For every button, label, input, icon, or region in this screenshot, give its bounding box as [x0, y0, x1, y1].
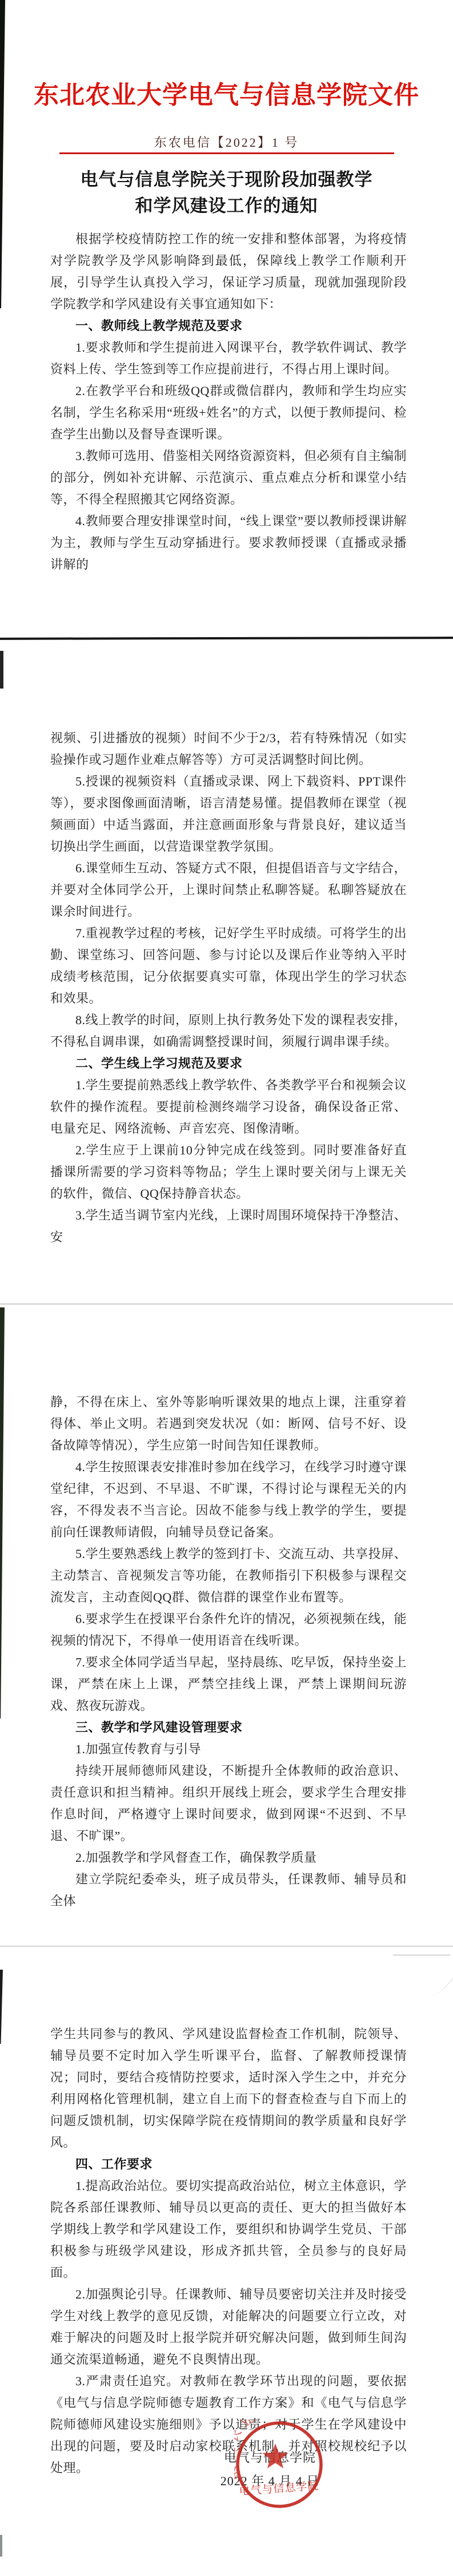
paragraph: 2.在教学平台和班级QQ群或微信群内，教师和学生均应实名制，学生名称采用“班级+… — [50, 380, 407, 445]
paragraph: 2.学生应于上课前10分钟完成在线签到。同时要准备好直播课所需要的学习资料等物品… — [50, 1140, 407, 1205]
paragraph: 7.重视教学过程的考核，记好学生平时成绩。可将学生的出勤、课堂练习、回答问题、参… — [50, 923, 407, 1009]
paragraph: 6.要求学生在授课平台条件允许的情况，必须视频在线，能视频的情况下，不得单一使用… — [50, 1608, 407, 1652]
paragraph: 3.学生适当调节室内光线，上课时周围环境保持干净整洁、安 — [50, 1205, 407, 1248]
doc-number: 东农电信【2022】1 号 — [0, 133, 453, 151]
document-page-2: 视频、引进播放的视频）时间不少于2/3，若有特殊情况（如实验操作或习题作业难点解… — [0, 641, 453, 1303]
paragraph: 7.要求全体同学适当早起，坚持晨练、吃早饭，保持坐姿上课，严禁在床上上课，严禁空… — [50, 1652, 407, 1717]
red-separator-line — [59, 152, 394, 154]
paragraph-continuation: 视频、引进播放的视频）时间不少于2/3，若有特殊情况（如实验操作或习题作业难点解… — [50, 727, 407, 771]
document-page-1: 东北农业大学电气与信息学院文件 东农电信【2022】1 号 电气与信息学院关于现… — [0, 0, 453, 638]
official-seal-stamp-icon: 东北农业大学 电气与信息学院 — [234, 2420, 324, 2510]
paragraph: 3.教师可选用、借鉴相关网络资源资料，但必须有自主编制的部分，例如补充讲解、示范… — [50, 445, 407, 510]
section-heading-4: 四、工作要求 — [50, 2154, 407, 2175]
document-banner: 东北农业大学电气与信息学院文件 — [0, 74, 453, 111]
svg-text:东北农业大学: 东北农业大学 — [234, 2420, 298, 2484]
paragraph-continuation: 学生共同参与的教风、学风建设监督检查工作机制，院领导、辅导员要不定时加入学生听课… — [50, 2023, 407, 2154]
document-title-line1: 电气与信息学院关于现阶段加强教学 — [0, 167, 453, 193]
page2-body: 视频、引进播放的视频）时间不少于2/3，若有特殊情况（如实验操作或习题作业难点解… — [50, 727, 407, 1248]
page4-body: 学生共同参与的教风、学风建设监督检查工作机制，院领导、辅导员要不定时加入学生听课… — [50, 2023, 407, 2479]
stamp-arc-text: 东北农业大学 — [234, 2420, 298, 2484]
paragraph: 1.提高政治站位。要切实提高政治站位，树立主体意识，学院各系部任课教师、辅导员以… — [50, 2175, 407, 2284]
subsection-heading: 1.加强宣传教育与引导 — [50, 1738, 407, 1760]
subsection-heading: 2.加强教学和学风督查工作，确保教学质量 — [50, 1847, 407, 1869]
paragraph: 5.学生要熟悉线上教学的签到打卡、交流互动、共享投屏、主动禁言、音视频发言等功能… — [50, 1543, 407, 1608]
section-heading-2: 二、学生线上学习规范及要求 — [50, 1053, 407, 1074]
document-title-line2: 和学风建设工作的通知 — [0, 193, 453, 219]
page1-body: 根据学校疫情防控工作的统一安排和整体部署，为将疫情对学院教学及学风影响降到最低，… — [50, 228, 407, 575]
paragraph: 4.学生按照课表安排准时参加在线学习，在线学习时遵守课堂纪律，不迟到、不早退、不… — [50, 1456, 407, 1543]
paragraph: 1.学生要提前熟悉线上教学软件、各类教学平台和视频会议软件的操作流程。要提前检测… — [50, 1074, 407, 1140]
stamp-star-icon — [262, 2444, 288, 2468]
section-heading-3: 三、教学和学风建设管理要求 — [50, 1717, 407, 1738]
paragraph: 建立学院纪委牵头，班子成员带头，任课教师、辅导员和全体 — [50, 1869, 407, 1912]
paragraph: 持续开展师德师风建设，不断提升全体教师的政治意识、责任意识和担当精神。组织开展线… — [50, 1760, 407, 1847]
scanned-document: 东北农业大学电气与信息学院文件 东农电信【2022】1 号 电气与信息学院关于现… — [0, 0, 453, 2576]
paragraph: 1.要求教师和学生提前进入网课平台，教学软件调试、教学资料上传、学生签到等工作应… — [50, 337, 407, 380]
document-title: 电气与信息学院关于现阶段加强教学 和学风建设工作的通知 — [0, 167, 453, 219]
paragraph: 5.授课的视频资料（直播或录课、网上下载资料、PPT课件等），要求图像画面清晰，… — [50, 771, 407, 858]
section-heading-1: 一、教师线上教学规范及要求 — [50, 315, 407, 337]
paragraph-continuation: 静，不得在床上、室外等影响听课效果的地点上课，注重穿着得体、举止文明。若遇到突发… — [50, 1391, 407, 1456]
page3-body: 静，不得在床上、室外等影响听课效果的地点上课，注重穿着得体、举止文明。若遇到突发… — [50, 1391, 407, 1912]
paragraph: 4.教师要合理安排课堂时间，“线上课堂”要以教师授课讲解为主，教师与学生互动穿插… — [50, 510, 407, 575]
document-page-3: 静，不得在床上、室外等影响听课效果的地点上课，注重穿着得体、举止文明。若遇到突发… — [0, 1305, 453, 1946]
paragraph: 8.线上教学的时间，原则上执行教务处下发的课程表安排，不得私自调串课，如确需调整… — [50, 1009, 407, 1053]
paragraph-intro: 根据学校疫情防控工作的统一安排和整体部署，为将疫情对学院教学及学风影响降到最低，… — [50, 228, 407, 315]
paragraph: 6.课堂师生互动、答疑方式不限，但提倡语音与文字结合，并要对全体同学公开，上课时… — [50, 858, 407, 923]
paragraph: 2.加强舆论引导。任课教师、辅导员要密切关注并及时接受学生对线上教学的意见反馈，… — [50, 2284, 407, 2370]
